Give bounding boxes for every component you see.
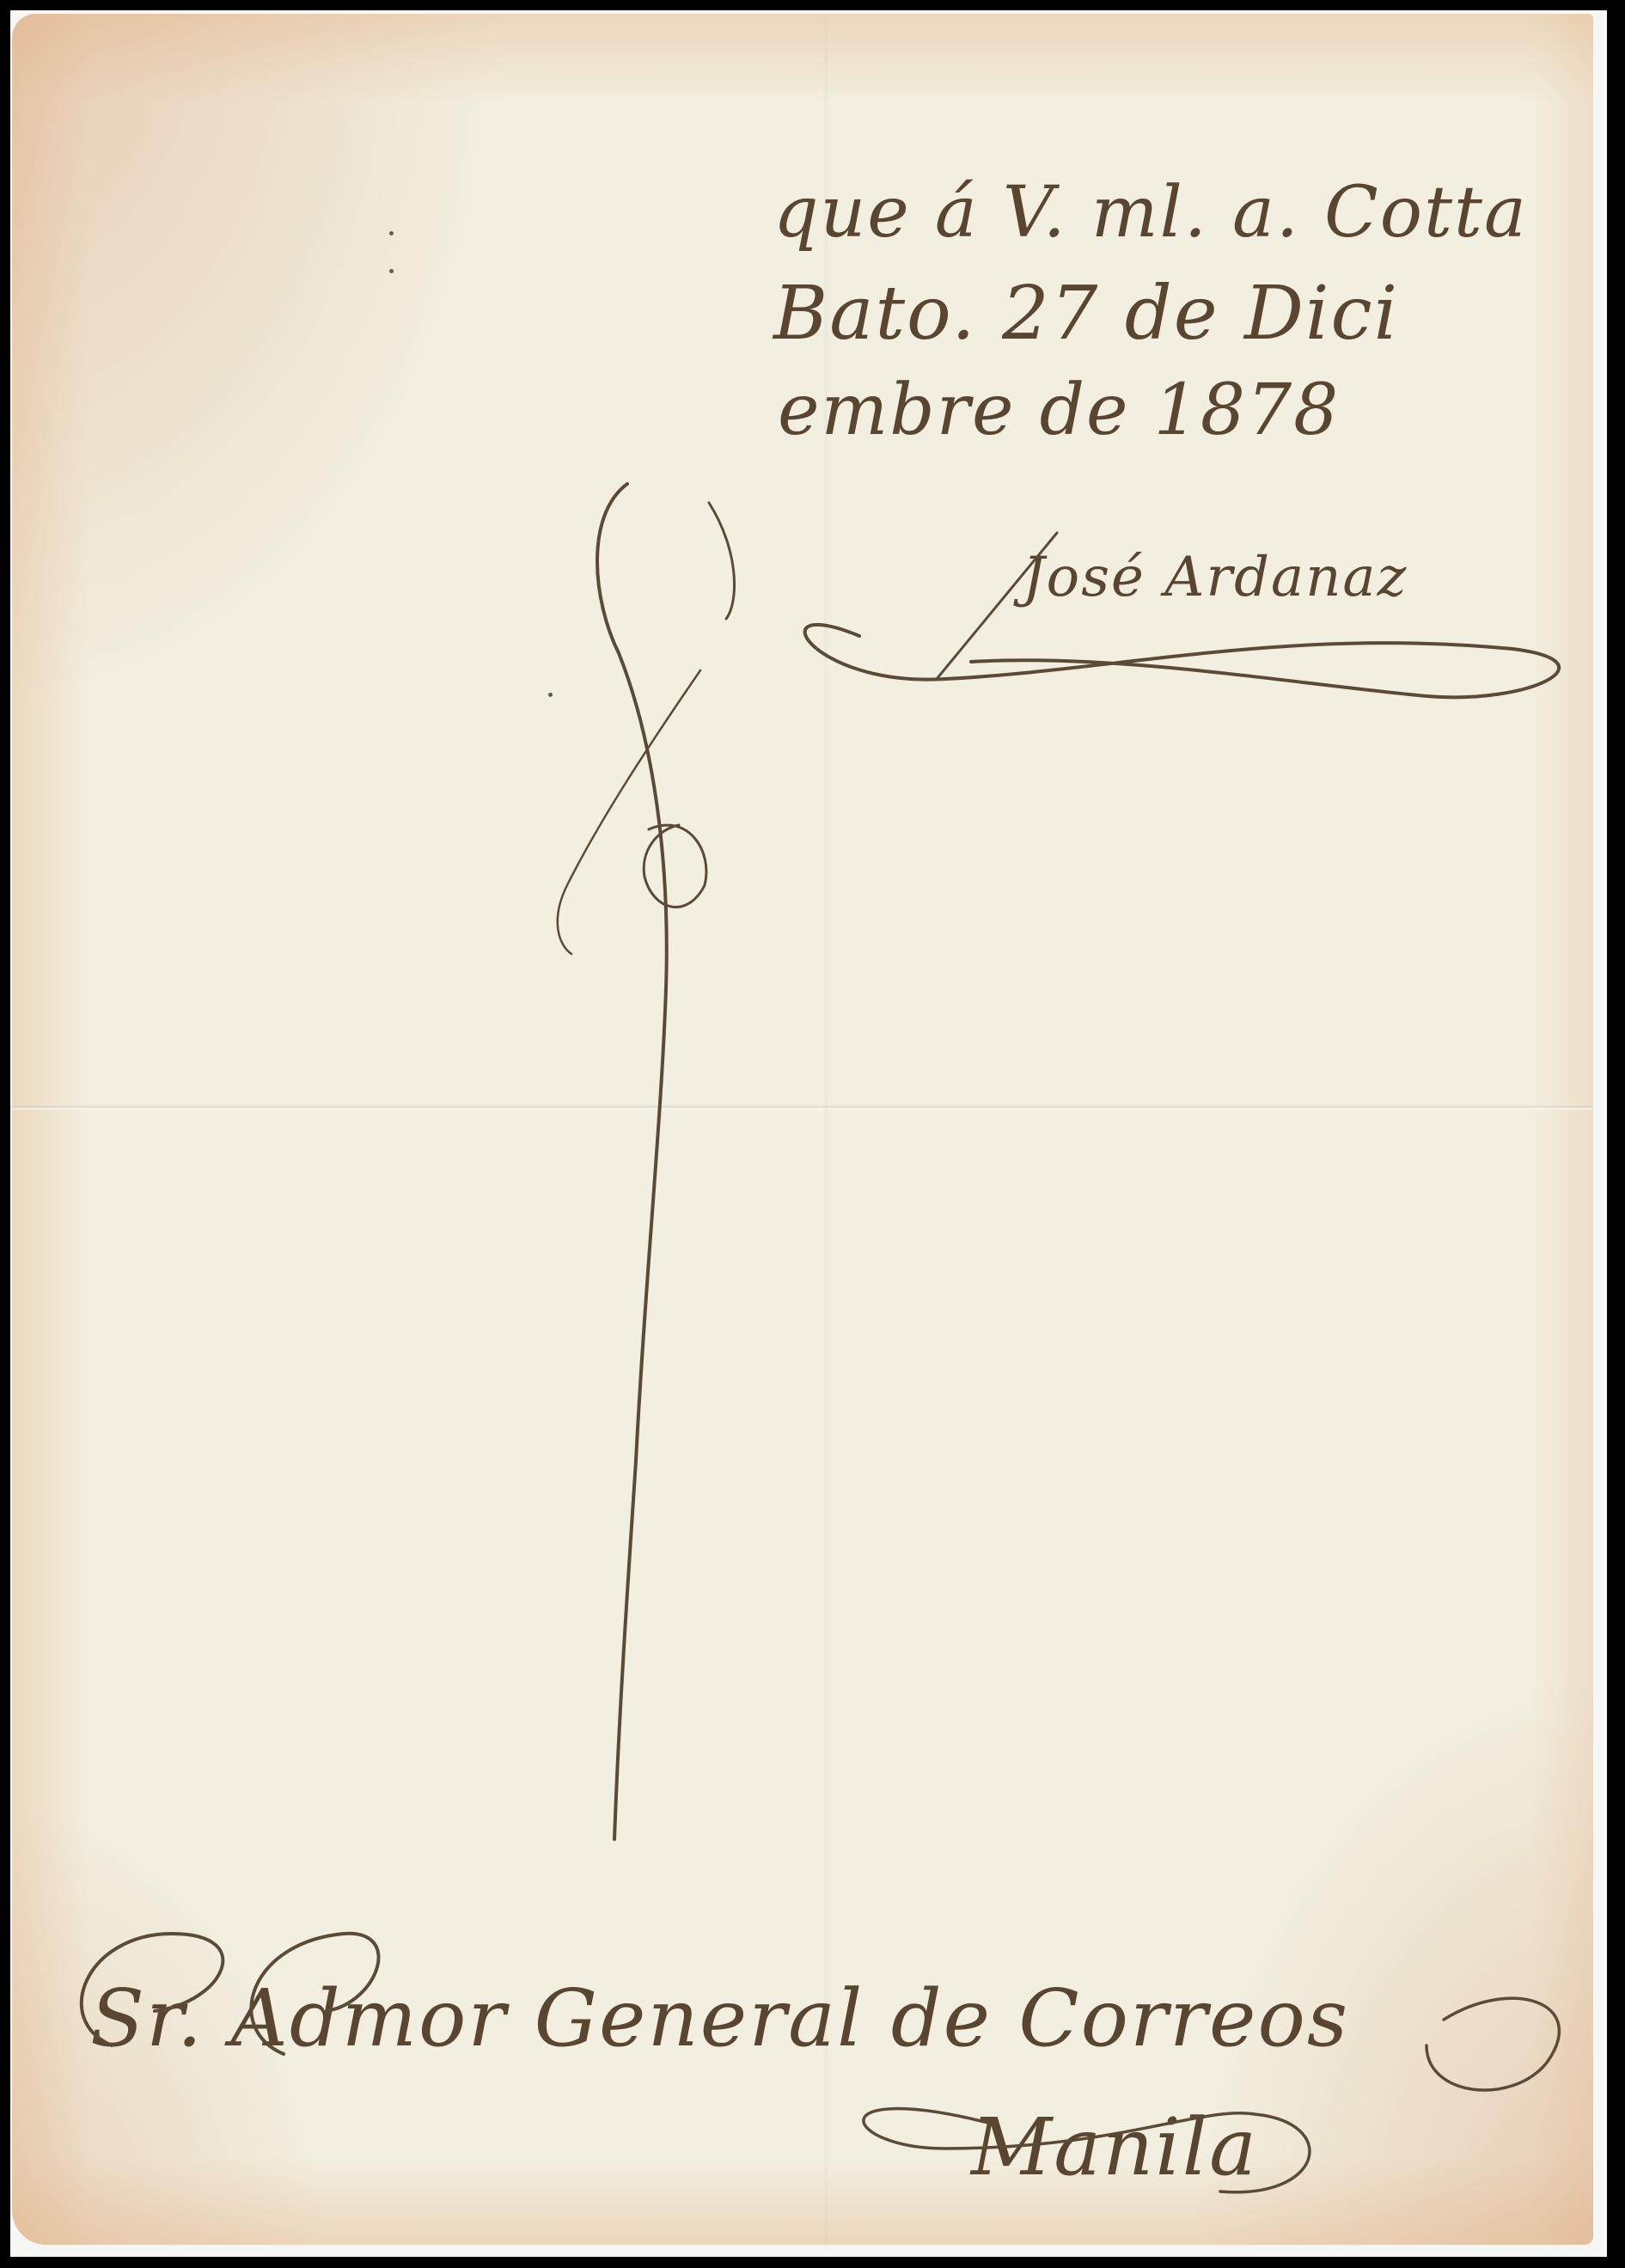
closing-line-3: embre de 1878 bbox=[778, 370, 1340, 451]
pin-hole bbox=[548, 693, 553, 697]
addressee-line-1: Sr. Admor General de Correos bbox=[90, 1972, 1349, 2064]
horizontal-fold-crease bbox=[12, 1105, 1593, 1110]
pin-hole bbox=[389, 231, 394, 235]
addressee-line-2: Manila bbox=[971, 2101, 1258, 2193]
signature: José Ardanaz bbox=[1023, 546, 1408, 609]
closing-line-1: que á V. ml. a. Cotta bbox=[773, 172, 1528, 254]
closing-line-2: Bato. 27 de Dici bbox=[773, 271, 1399, 357]
pin-hole bbox=[389, 269, 394, 273]
